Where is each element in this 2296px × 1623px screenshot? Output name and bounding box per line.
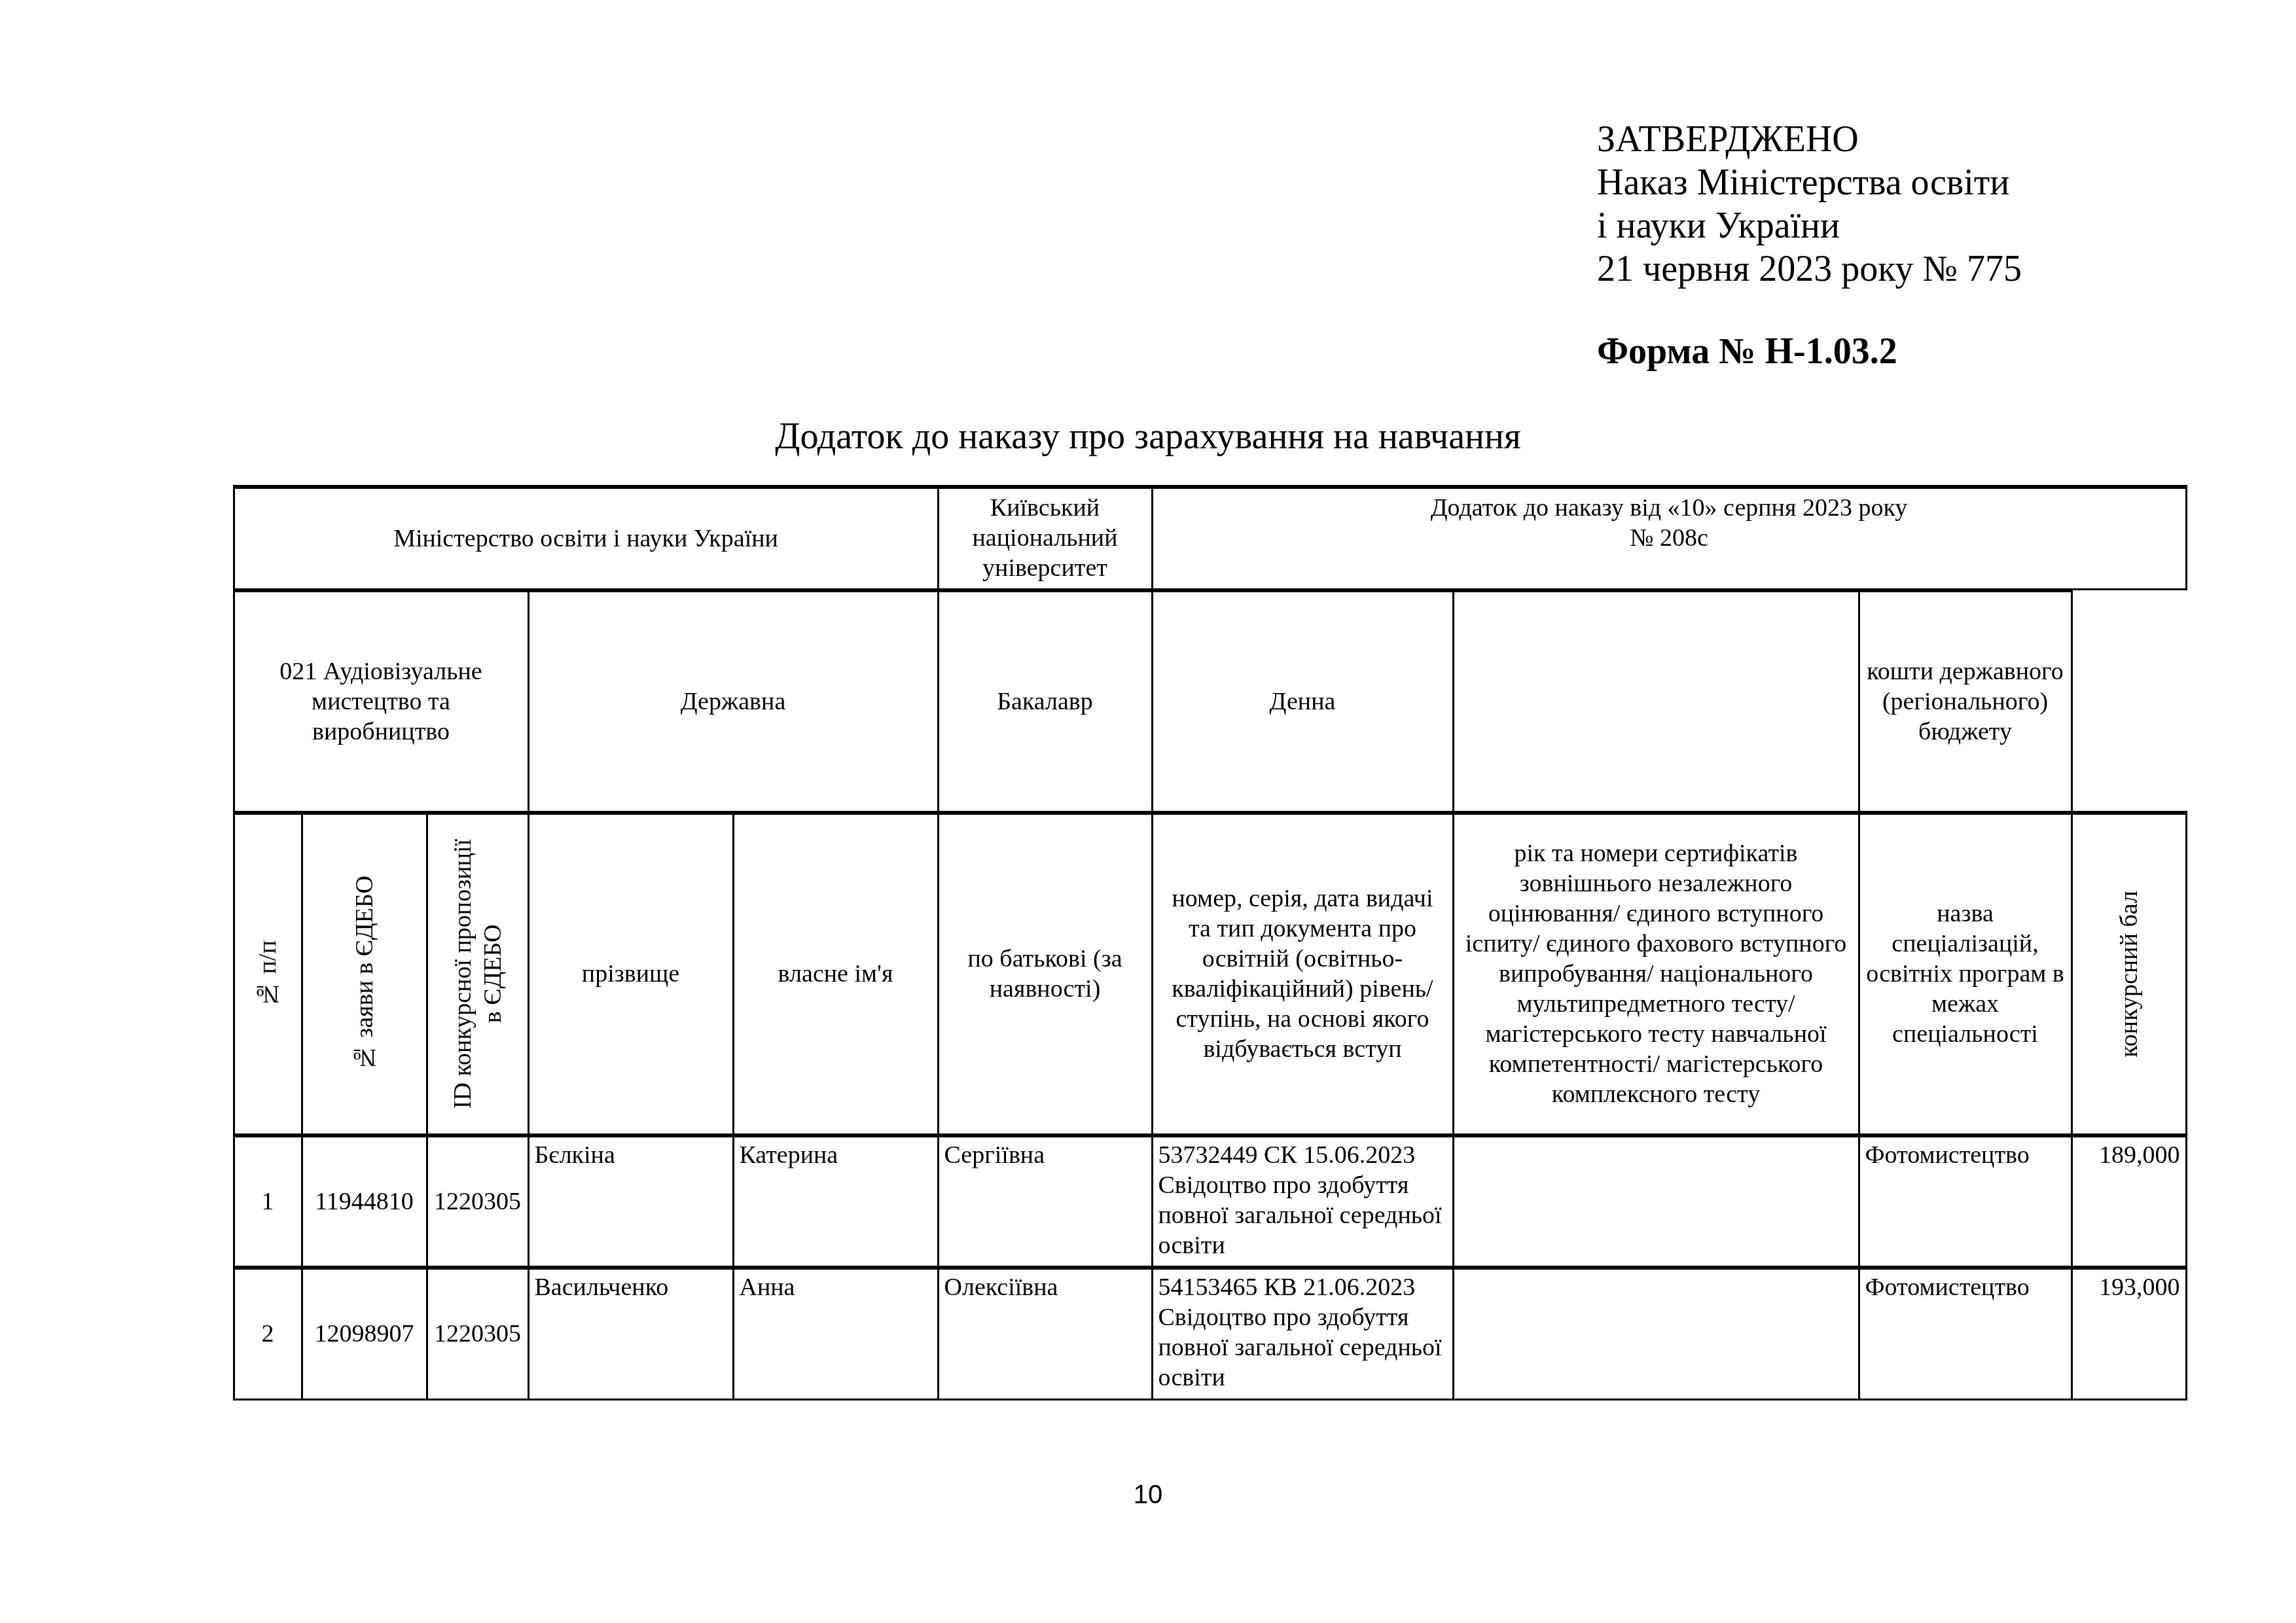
col-offer-id-header-text: ID конкурсної пропозиції в ЄДЕБО	[448, 839, 508, 1109]
page-number: 10	[0, 1480, 2296, 1510]
table-row-2-score: 193,000	[2071, 1266, 2187, 1400]
order-cell-text: Додаток до наказу від «10» серпня 2023 р…	[1431, 493, 1908, 553]
specialty-cell-text: 021 Аудіовізуальне мистецтво та виробниц…	[240, 656, 522, 747]
approval-block: ЗАТВЕРДЖЕНО Наказ Міністерства освіти і …	[1597, 118, 2022, 291]
table-row-2-surname-text: Васильченко	[535, 1272, 669, 1302]
approval-line: Наказ Міністерства освіти	[1597, 161, 2022, 204]
admission-table: Міністерство освіти і науки УкраїниКиївс…	[234, 486, 2186, 1399]
ministry-cell: Міністерство освіти і науки України	[233, 485, 939, 590]
table-row-1-patronymic-text: Сергіївна	[944, 1140, 1045, 1170]
table-row-2-surname: Васильченко	[528, 1266, 734, 1400]
col-surname-header: прізвище	[528, 811, 734, 1135]
table-row-1-surname-text: Бєлкіна	[535, 1140, 615, 1170]
col-specialization-header-text: назва спеціалізацій, освітніх програм в …	[1865, 899, 2066, 1049]
table-row-2-offer-id: 1220305	[426, 1266, 529, 1400]
form-number: Форма № Н-1.03.2	[1597, 330, 1897, 372]
funding-type-cell-text: Державна	[681, 687, 786, 717]
table-row-1-offer-id: 1220305	[426, 1133, 529, 1268]
table-row-2-application-id: 12098907	[301, 1266, 428, 1400]
approval-line: 21 червня 2023 року № 775	[1597, 247, 2022, 291]
col-document-header-text: номер, серія, дата видачі та тип докумен…	[1158, 883, 1447, 1064]
table-row-1-score: 189,000	[2071, 1133, 2187, 1268]
document-title: Додаток до наказу про зарахування на нав…	[0, 416, 2296, 457]
funding-type-cell: Державна	[528, 588, 939, 813]
col-specialization-header: назва спеціалізацій, освітніх програм в …	[1858, 811, 2073, 1135]
table-row-1-document: 53732449 СК 15.06.2023 Свідоцтво про здо…	[1151, 1133, 1454, 1268]
empty-header-cell	[1452, 588, 1860, 813]
order-cell: Додаток до наказу від «10» серпня 2023 р…	[1151, 485, 2187, 590]
table-row-1-first-name: Катерина	[732, 1133, 939, 1268]
approval-line: ЗАТВЕРДЖЕНО	[1597, 118, 2022, 161]
table-row-2-specialization-text: Фотомистецтво	[1865, 1272, 2030, 1302]
table-row-1-offer-id-text: 1220305	[434, 1186, 521, 1217]
table-row-2-specialization: Фотомистецтво	[1858, 1266, 2073, 1400]
table-row-2-patronymic-text: Олексіївна	[944, 1272, 1058, 1302]
col-first-name-header-text: власне ім'я	[778, 959, 893, 989]
table-row-2-first-name: Анна	[732, 1266, 939, 1400]
table-row-2-application-id-text: 12098907	[315, 1319, 414, 1349]
table-row-1-specialization-text: Фотомистецтво	[1865, 1140, 2030, 1170]
degree-cell: Бакалавр	[937, 588, 1153, 813]
table-row-1-num: 1	[233, 1133, 303, 1268]
table-row-1-patronymic: Сергіївна	[937, 1133, 1153, 1268]
table-row-2-document-text: 54153465 КВ 21.06.2023 Свідоцтво про здо…	[1158, 1272, 1447, 1393]
col-number-header-text: № п/п	[253, 940, 283, 1008]
table-row-1-application-id: 11944810	[301, 1133, 428, 1268]
table-row-2-certificates	[1452, 1266, 1860, 1400]
col-first-name-header: власне ім'я	[732, 811, 939, 1135]
col-score-header-text: конкурсний бал	[2114, 891, 2144, 1058]
col-patronymic-header: по батькові (за наявності)	[937, 811, 1153, 1135]
col-patronymic-header-text: по батькові (за наявності)	[944, 944, 1146, 1004]
col-score-header: конкурсний бал	[2071, 811, 2187, 1135]
approval-line: і науки України	[1597, 204, 2022, 247]
table-row-1-application-id-text: 11944810	[315, 1186, 414, 1217]
table-row-2-num: 2	[233, 1266, 303, 1400]
col-application-id-header-text: № заяви в ЄДЕБО	[350, 876, 380, 1071]
ministry-cell-text: Міністерство освіти і науки України	[393, 524, 778, 554]
table-row-1-surname: Бєлкіна	[528, 1133, 734, 1268]
funding-source-cell: кошти державного (регіонального) бюджету	[1858, 588, 2073, 813]
table-row-2-offer-id-text: 1220305	[434, 1319, 521, 1349]
col-certificates-header-text: рік та номери сертифікатів зовнішнього н…	[1460, 838, 1853, 1109]
table-row-2-score-text: 193,000	[2099, 1272, 2180, 1302]
col-certificates-header: рік та номери сертифікатів зовнішнього н…	[1452, 811, 1860, 1135]
table-row-1-score-text: 189,000	[2099, 1140, 2180, 1170]
table-row-2-patronymic: Олексіївна	[937, 1266, 1153, 1400]
col-number-header: № п/п	[233, 811, 303, 1135]
funding-source-cell-text: кошти державного (регіонального) бюджету	[1865, 656, 2066, 747]
specialty-cell: 021 Аудіовізуальне мистецтво та виробниц…	[233, 588, 529, 813]
col-surname-header-text: прізвище	[582, 959, 679, 989]
degree-cell-text: Бакалавр	[997, 687, 1093, 717]
table-row-1-num-text: 1	[262, 1186, 274, 1217]
table-row-1-first-name-text: Катерина	[740, 1140, 838, 1170]
table-row-1-specialization: Фотомистецтво	[1858, 1133, 2073, 1268]
table-row-1-certificates	[1452, 1133, 1860, 1268]
university-cell: Київський національний університет культ…	[937, 485, 1153, 590]
study-form-cell: Денна	[1151, 588, 1454, 813]
col-application-id-header: № заяви в ЄДЕБО	[301, 811, 428, 1135]
table-row-2-first-name-text: Анна	[740, 1272, 795, 1302]
table-row-2-document: 54153465 КВ 21.06.2023 Свідоцтво про здо…	[1151, 1266, 1454, 1400]
col-offer-id-header: ID конкурсної пропозиції в ЄДЕБО	[426, 811, 529, 1135]
table-row-1-document-text: 53732449 СК 15.06.2023 Свідоцтво про здо…	[1158, 1140, 1447, 1260]
study-form-cell-text: Денна	[1270, 687, 1336, 717]
table-row-2-num-text: 2	[262, 1319, 274, 1349]
col-document-header: номер, серія, дата видачі та тип докумен…	[1151, 811, 1454, 1135]
university-cell-text: Київський національний університет культ…	[944, 493, 1146, 590]
